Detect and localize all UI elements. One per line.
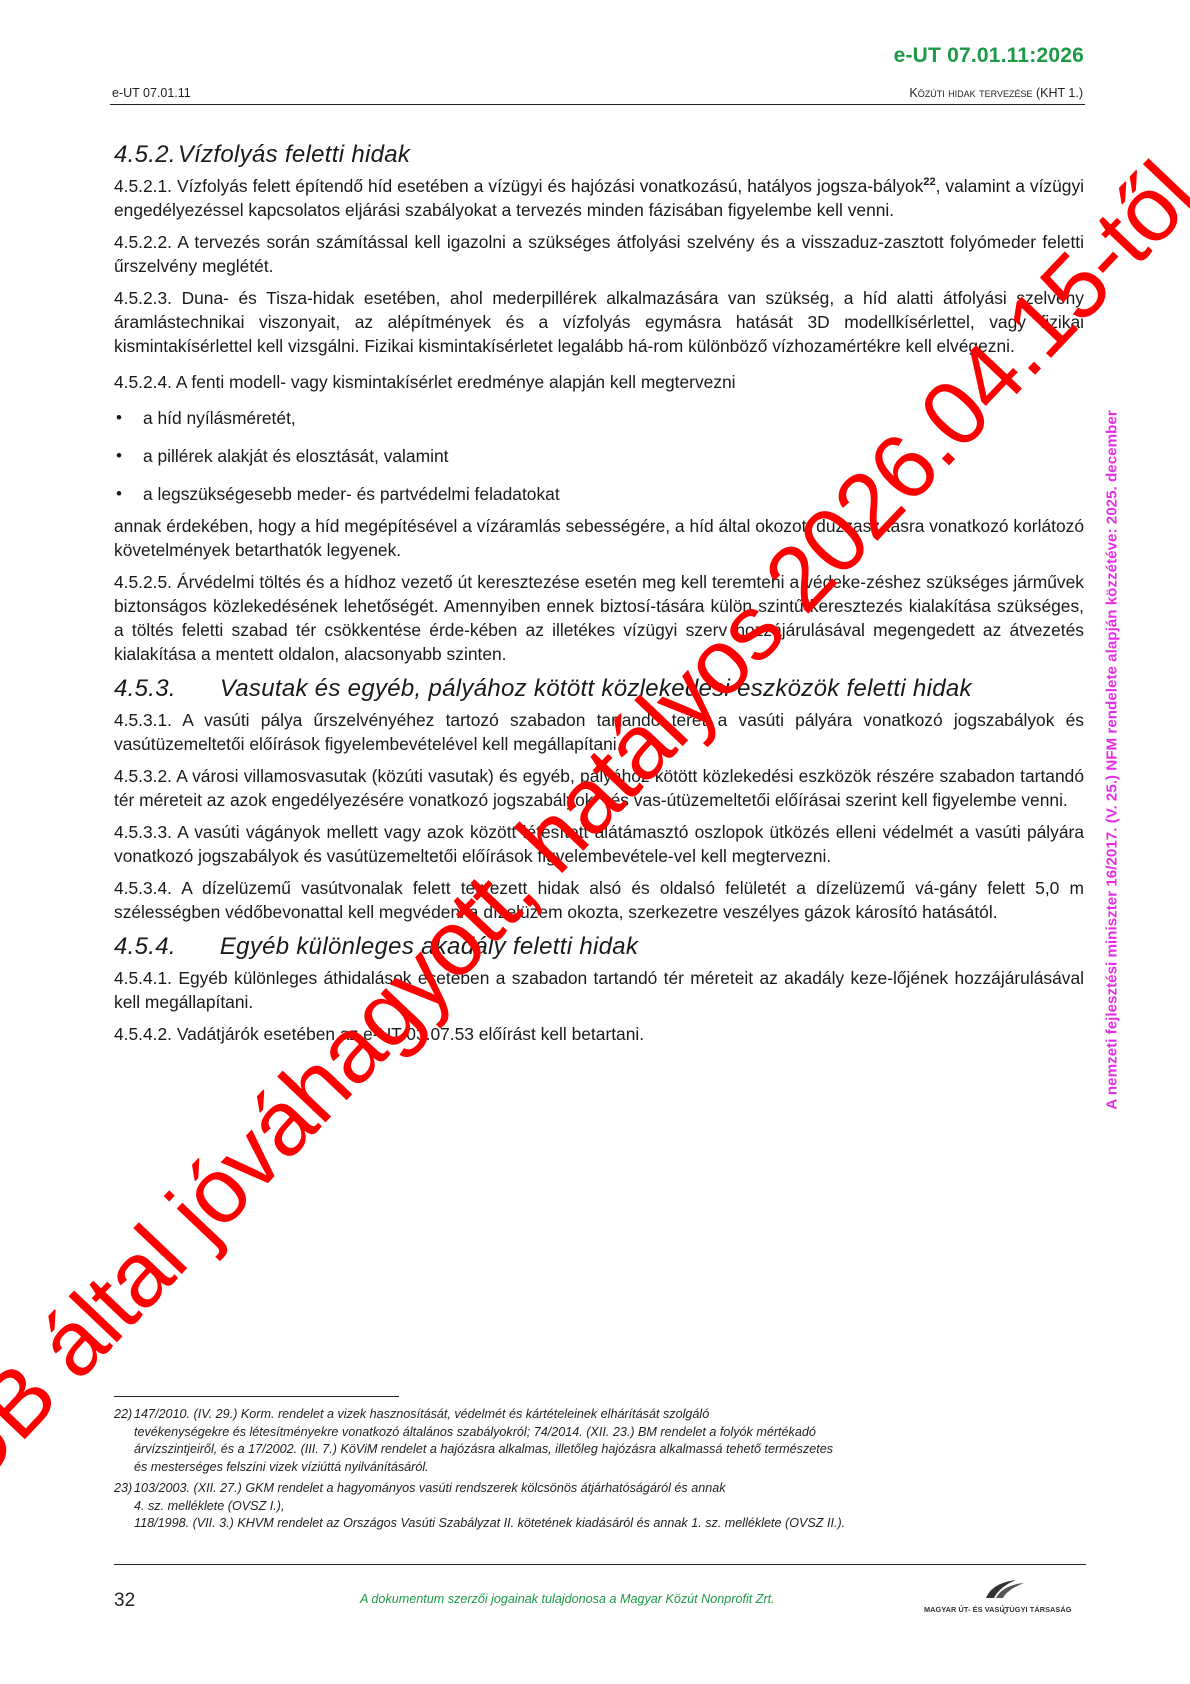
footnote-number: 23) [114,1480,132,1498]
header-title-suffix: (KHT 1.) [1033,86,1083,100]
footnotes: 22) 147/2010. (IV. 29.) Korm. rendelet a… [114,1406,1074,1537]
section-number: 4.5.4. [114,932,176,962]
header-title-smallcaps: Közúti hidak tervezése [909,86,1032,100]
section-heading-4-5-2: 4.5.2.Vízfolyás feletti hidak [114,140,1084,170]
page-body: 4.5.2.Vízfolyás feletti hidak 4.5.2.1. V… [114,140,1084,1054]
footnote-line: 147/2010. (IV. 29.) Korm. rendelet a viz… [134,1406,1074,1424]
footnote-line: 103/2003. (XII. 27.) GKM rendelet a hagy… [134,1480,1074,1498]
section-title: Vízfolyás feletti hidak [178,141,410,168]
list-item: a legszükségesebb meder- és partvédelmi … [114,482,1084,506]
footnote-line: 118/1998. (VII. 3.) KHVM rendelet az Ors… [134,1515,1074,1533]
paragraph-text: 4.5.2.1. Vízfolyás felett építendő híd e… [114,176,923,196]
section-number: 4.5.3. [114,674,176,704]
paragraph-4-5-2-2: 4.5.2.2. A tervezés során számítással ke… [114,230,1084,278]
paragraph-4-5-2-1: 4.5.2.1. Vízfolyás felett építendő híd e… [114,174,1084,222]
footnote-22: 22) 147/2010. (IV. 29.) Korm. rendelet a… [114,1406,1074,1476]
publication-side-note: A nemzeti fejlesztési miniszter 16/2017.… [1104,410,1121,1110]
copyright-notice: A dokumentum szerzői jogainak tulajdonos… [360,1592,775,1606]
running-header: e-UT 07.01.11 Közúti hidak tervezése (KH… [110,84,1085,105]
header-doc-title: Közúti hidak tervezése (KHT 1.) [909,86,1083,100]
paragraph-text: és vas-útüzemeltetői előírásai szerint k… [606,790,1068,810]
section-number: 4.5.2. [114,140,176,170]
bullet-list: a híd nyílásméretét, a pillérek alakját … [114,406,1084,506]
section-title: Egyéb különleges akadály feletti hidak [220,933,638,960]
section-heading-4-5-4: 4.5.4.Egyéb különleges akadály feletti h… [114,932,1084,962]
publisher-logo: MAGYAR ÚT- ÉS VASÚTÜGYI TÁRSASÁG [924,1576,1074,1616]
footnote-line: 4. sz. melléklete (OVSZ I.), [134,1498,1074,1516]
list-item: a híd nyílásméretét, [114,406,1084,430]
footnote-number: 22) [114,1406,132,1424]
paragraph-4-5-2-4-continued: annak érdekében, hogy a híd megépítéséve… [114,514,1084,562]
footnote-line: tevékenységekre és létesítményekre vonat… [134,1424,1074,1442]
paragraph-4-5-3-4: 4.5.3.4. A dízelüzemű vasútvonalak felet… [114,876,1084,924]
paragraph-4-5-4-2: 4.5.4.2. Vadátjárók esetében az e-UT 03.… [114,1022,1084,1046]
paragraph-4-5-3-1: 4.5.3.1. A vasúti pálya űrszelvényéhez t… [114,708,1084,756]
standard-code-stamp: e-UT 07.01.11:2026 [894,44,1084,68]
paragraph-4-5-3-2: 4.5.3.2. A városi villamosvasutak (közút… [114,764,1084,812]
footnote-line: és mesterséges felszíni vizek víziúttá n… [134,1459,1074,1477]
footnote-ref-22[interactable]: 22 [923,176,935,188]
section-title: Vasutak és egyéb, pályához kötött közlek… [220,675,972,702]
footnote-23: 23) 103/2003. (XII. 27.) GKM rendelet a … [114,1480,1074,1533]
list-item: a pillérek alakját és elosztását, valami… [114,444,1084,468]
section-heading-4-5-3: 4.5.3.Vasutak és egyéb, pályához kötött … [114,674,1084,704]
paragraph-4-5-4-1: 4.5.4.1. Egyéb különleges áthidalások es… [114,966,1084,1014]
paragraph-4-5-2-4: 4.5.2.4. A fenti modell- vagy kismintakí… [114,370,1084,394]
paragraph-4-5-2-3: 4.5.2.3. Duna- és Tisza-hidak esetében, … [114,286,1084,358]
paragraph-4-5-3-3: 4.5.3.3. A vasúti vágányok mellett vagy … [114,820,1084,868]
page-number: 32 [114,1590,135,1612]
footer-separator [114,1564,1086,1565]
footnote-line: árvízszintjeiről, és a 17/2002. (III. 7.… [134,1441,1074,1459]
header-doc-code: e-UT 07.01.11 [112,86,191,100]
footnote-separator [114,1396,399,1397]
footnote-ref-23[interactable]: 23 [593,790,605,802]
paragraph-4-5-2-5: 4.5.2.5. Árvédelmi töltés és a hídhoz ve… [114,570,1084,666]
logo-text: MAGYAR ÚT- ÉS VASÚTÜGYI TÁRSASÁG [924,1605,1072,1614]
